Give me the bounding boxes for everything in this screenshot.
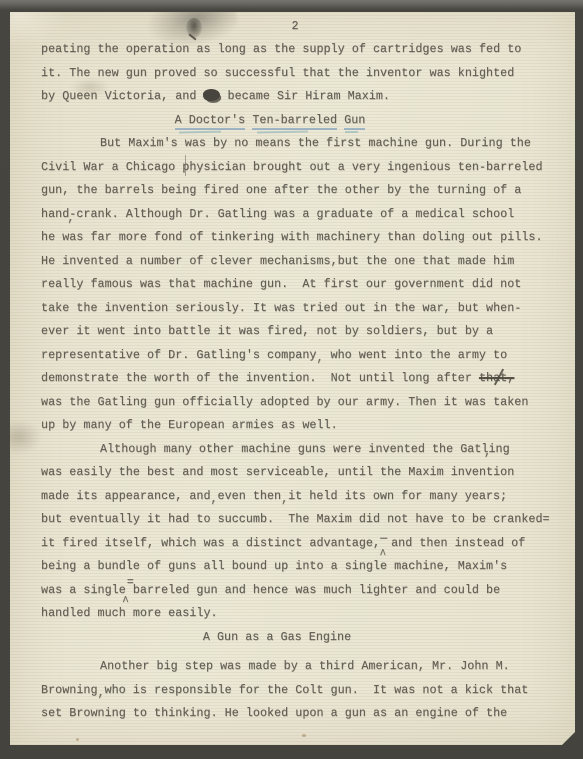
text-line: really famous was that machine gun. At f… [41,273,575,297]
blotted-word [203,88,221,101]
text-line: ever it went into battle it was fired, n… [41,320,575,344]
text-segment: , [316,347,323,371]
scan-background: { "colors":{ "backdrop":"#45433e", "pape… [0,0,583,759]
text-segment: Ten-barreled [252,113,337,130]
text-line: it. The new gun proved so successful tha… [41,62,575,86]
text-segment: Gun [344,113,365,130]
text-line: demonstrate the worth of the invention. … [41,367,575,391]
heading-line: A Doctor's Ten-barreled Gun [41,109,575,133]
text-line: up by many of the European armies as wel… [41,414,575,438]
text-line: was a single=Λ barreled gun and hence wa… [41,579,575,603]
text-segment: p [182,160,189,174]
text-line: it fired itself, which was a distinct ad… [41,532,575,556]
document-page: 2 peating the operation as long as the s… [10,12,575,745]
text-line: Another big step was made by a third Ame… [41,655,575,679]
text-line: Civil War a Chicago physician brought ou… [41,156,575,180]
text-line: take the invention seriously. It was tri… [41,297,575,321]
text-line: by Queen Victoria, and became Sir Hiram … [41,85,575,109]
heading-line: A Gun as a Gas Engine [41,626,575,650]
text-line: made its appearance, and,even then,it he… [41,485,575,509]
text-line: representative of Dr. Gatling's company,… [41,344,575,368]
text-segment: = [543,512,550,526]
text-line: handled much more easily. [41,602,575,626]
text-segment: , [425,441,432,465]
text-line: peating the operation as long as the sup… [41,38,575,62]
text-segment: , [211,488,218,512]
fox-spot [302,734,306,737]
text-line: He invented a number of clever mechanism… [41,250,575,274]
text-segment: A Doctor's [175,113,246,130]
text-line: set Browning to thinking. He looked upon… [41,702,575,726]
typewritten-text: 2 peating the operation as long as the s… [10,12,575,726]
text-line: he was far more fond of tinkering with m… [41,226,575,250]
page-number: 2 [41,16,575,36]
text-line: gun, the barrels being fired one after t… [41,179,575,203]
text-line: Browning,who is responsible for the Colt… [41,679,575,703]
text-line: was easily the best and most serviceable… [41,461,575,485]
text-segment: , [98,682,105,706]
text-body: peating the operation as long as the sup… [41,38,575,726]
fox-spot [76,738,79,741]
text-line: but eventually it had to succumb. The Ma… [41,508,575,532]
text-line: being a bundle of guns all bound up into… [41,555,575,579]
text-line: was the Gatling gun officially adopted b… [41,391,575,415]
text-line: Although many other machine guns were in… [41,438,575,462]
text-line: hand-,crank. Although Dr. Gatling was a … [41,203,575,227]
text-line: But Maxim's was by no means the first ma… [41,132,575,156]
text-segment: — [380,527,391,551]
text-segment: , [281,488,288,512]
text-segment: that, [479,371,514,385]
